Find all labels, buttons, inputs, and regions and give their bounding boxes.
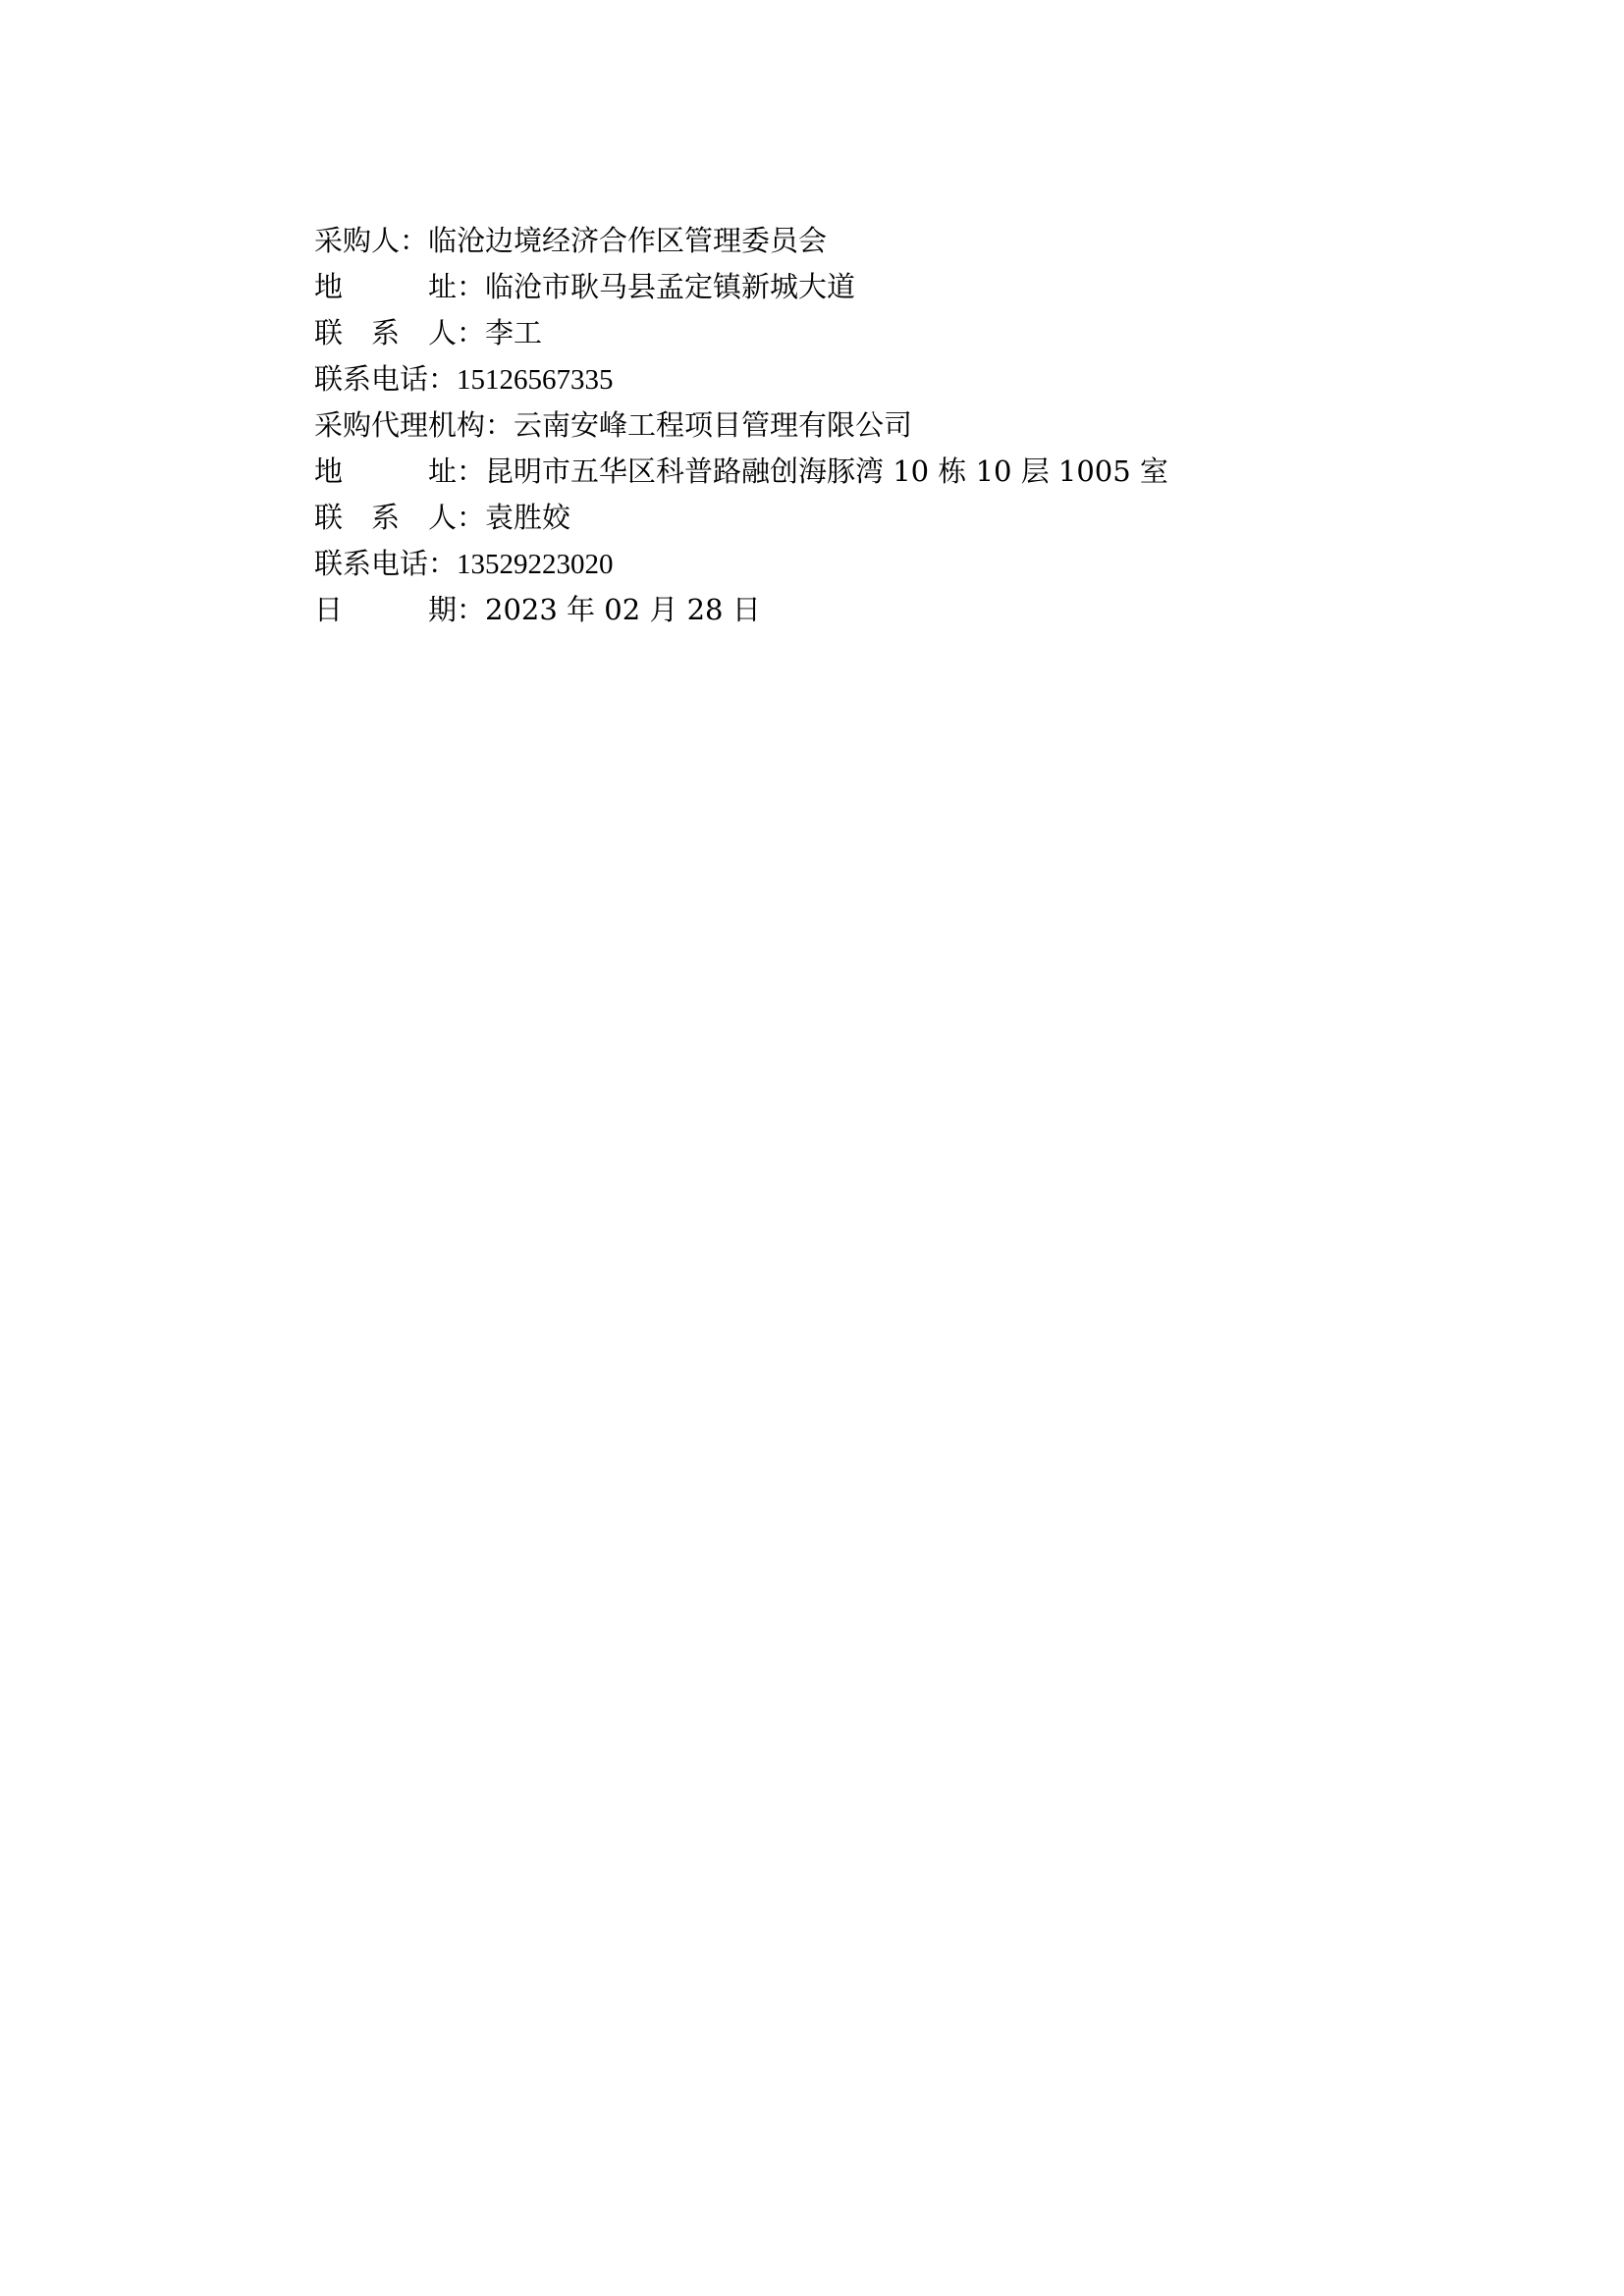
colon: ： bbox=[457, 449, 485, 495]
address-label: 地 址 bbox=[314, 449, 457, 495]
phone-label: 联系电话 bbox=[314, 541, 428, 587]
agency-phone: 13529223020 bbox=[457, 542, 614, 588]
agency-line: 采购代理机构：云南安峰工程项目管理有限公司 bbox=[314, 402, 1168, 449]
purchaser-address-line: 地 址：临沧市耿马县孟定镇新城大道 bbox=[314, 264, 1168, 310]
colon: ： bbox=[428, 356, 457, 402]
contact-label: 联 系 人 bbox=[314, 310, 457, 356]
agency-contact-line: 联 系 人：袁胜姣 bbox=[314, 495, 1168, 541]
purchaser-name: 临沧边境经济合作区管理委员会 bbox=[428, 218, 827, 264]
date-line: 日 期：2023 年 02 月 28 日 bbox=[314, 587, 1168, 633]
purchaser-label: 采购人 bbox=[314, 218, 400, 264]
contact-info-block: 采购人：临沧边境经济合作区管理委员会 地 址：临沧市耿马县孟定镇新城大道 联 系… bbox=[314, 218, 1168, 633]
colon: ： bbox=[400, 218, 428, 264]
contact-label: 联 系 人 bbox=[314, 495, 457, 541]
colon: ： bbox=[457, 310, 485, 356]
colon: ： bbox=[457, 587, 485, 633]
agency-contact: 袁胜姣 bbox=[485, 495, 570, 541]
agency-label: 采购代理机构 bbox=[314, 402, 485, 449]
colon: ： bbox=[457, 264, 485, 310]
agency-address-line: 地 址：昆明市五华区科普路融创海豚湾 10 栋 10 层 1005 室 bbox=[314, 449, 1168, 495]
purchaser-phone: 15126567335 bbox=[457, 357, 614, 403]
purchaser-line: 采购人：临沧边境经济合作区管理委员会 bbox=[314, 218, 1168, 264]
agency-name: 云南安峰工程项目管理有限公司 bbox=[514, 402, 912, 449]
address-label: 地 址 bbox=[314, 264, 457, 310]
purchaser-phone-line: 联系电话：15126567335 bbox=[314, 356, 1168, 402]
purchaser-address: 临沧市耿马县孟定镇新城大道 bbox=[485, 264, 855, 310]
document-page: 采购人：临沧边境经济合作区管理委员会 地 址：临沧市耿马县孟定镇新城大道 联 系… bbox=[0, 0, 1624, 2296]
purchaser-contact: 李工 bbox=[485, 310, 542, 356]
colon: ： bbox=[428, 541, 457, 587]
colon: ： bbox=[457, 495, 485, 541]
phone-label: 联系电话 bbox=[314, 356, 428, 402]
date-label: 日 期 bbox=[314, 587, 457, 633]
agency-phone-line: 联系电话：13529223020 bbox=[314, 541, 1168, 587]
date-value: 2023 年 02 月 28 日 bbox=[485, 587, 761, 633]
agency-address: 昆明市五华区科普路融创海豚湾 10 栋 10 层 1005 室 bbox=[485, 449, 1168, 495]
purchaser-contact-line: 联 系 人：李工 bbox=[314, 310, 1168, 356]
colon: ： bbox=[485, 402, 514, 449]
